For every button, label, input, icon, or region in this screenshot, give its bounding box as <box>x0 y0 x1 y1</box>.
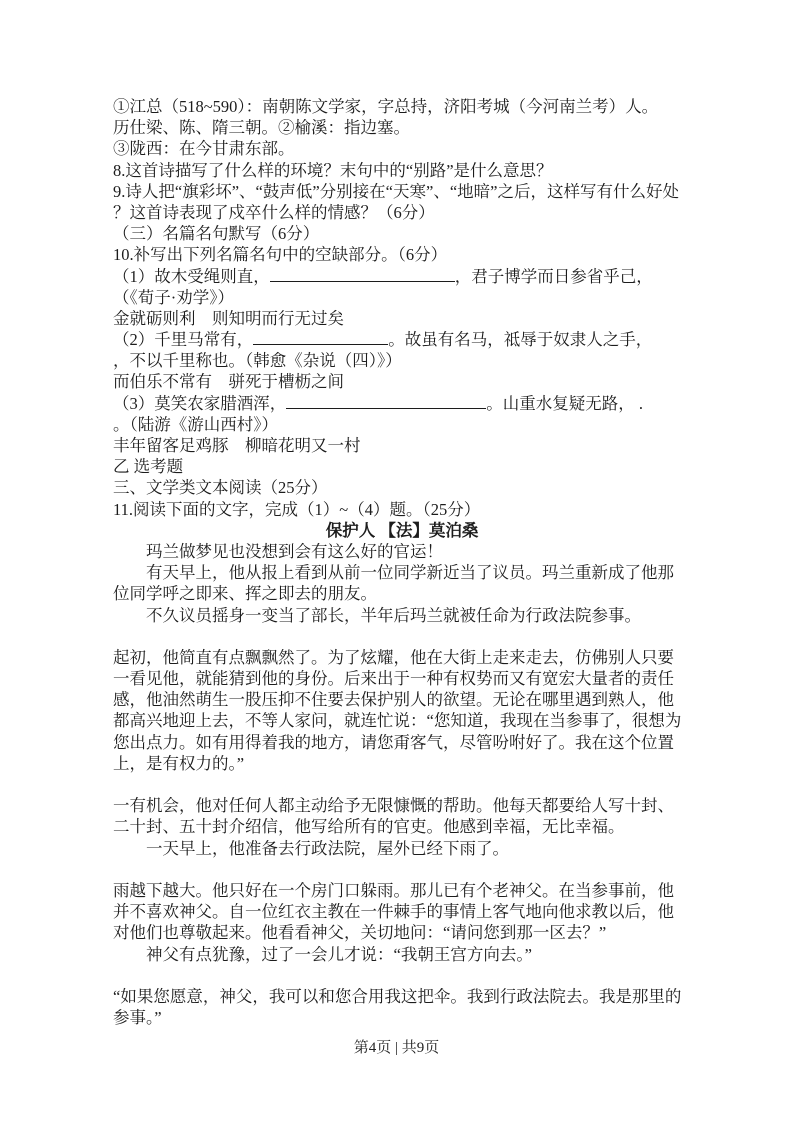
text-line: 9.诗人把“旗彩坏”、“鼓声低”分别接在“天寒”、“地暗”之后，这样写有什么好处 <box>113 181 691 202</box>
text-line: 位同学呼之即来、挥之即去的朋友。 <box>113 583 691 604</box>
text-line: 有天早上，他从报上看到从前一位同学新近当了议员。玛兰重新成了他那 <box>113 562 691 583</box>
text-line: 神父有点犹豫，过了一会儿才说：“我朝王宫方向去。” <box>113 944 691 965</box>
blank-line <box>113 626 691 647</box>
document-page: ①江总（518~590）：南朝陈文学家，字总持，济阳考城（今河南兰考）人。历仕梁… <box>0 0 793 1122</box>
text-line: 10.补写出下列名篇名句中的空缺部分。（6分） <box>113 244 691 265</box>
text-line: 您出点力。如有用得着我的地方，请您甭客气，尽管吩咐好了。我在这个位置 <box>113 732 691 753</box>
text-line: 一看见他，就能猜到他的身份。后来出于一种有权势而又有宽宏大量者的责任 <box>113 668 691 689</box>
text-line: ？这首诗表现了戍卒什么样的情感？（6分） <box>113 202 691 223</box>
text-run: 。故虽有名马，祗辱于奴隶人之手， <box>388 330 652 349</box>
text-line: 起初，他简直有点飘飘然了。为了炫耀，他在大街上走来走去，仿佛别人只要 <box>113 647 691 668</box>
text-line: 对他们也尊敬起来。他看看神父，关切地问：“请问您到那一区去？” <box>113 922 691 943</box>
answer-blank <box>253 330 388 345</box>
text-line: 一有机会，他对任何人都主动给予无限慷慨的帮助。他每天都要给人写十封、 <box>113 795 691 816</box>
text-run: 。山重水复疑无路， . <box>486 394 643 413</box>
text-line: “如果您愿意，神父，我可以和您合用我这把伞。我到行政法院去。我是那里的 <box>113 986 691 1007</box>
text-line: 并不喜欢神父。自一位红衣主教在一件棘手的事情上客气地向他求教以后，他 <box>113 901 691 922</box>
text-line: 二十封、五十封介绍信，他写给所有的官吏。他感到幸福，无比幸福。 <box>113 816 691 837</box>
text-line: （三）名篇名句默写（6分） <box>113 223 691 244</box>
text-line: 三、文学类文本阅读（25分） <box>113 477 691 498</box>
text-line: 8.这首诗描写了什么样的环境？末句中的“别路”是什么意思？ <box>113 160 691 181</box>
text-line: 玛兰做梦见也没想到会有这么好的官运！ <box>113 541 691 562</box>
page-footer: 第4页 | 共9页 <box>0 1036 793 1057</box>
answer-blank <box>270 267 455 282</box>
page-number-label: 第4页 | 共9页 <box>354 1040 440 1056</box>
text-line: （《荀子·劝学》） <box>113 287 691 308</box>
blank-line <box>113 774 691 795</box>
text-line: 上，是有权力的。” <box>113 753 691 774</box>
text-run: ，君子博学而日参省乎己， <box>455 267 653 286</box>
text-line: ，不以千里称也。（韩愈《杂说（四）》） <box>113 350 691 371</box>
answer-blank <box>286 394 486 409</box>
text-line: 都高兴地迎上去，不等人家问，就连忙说：“您知道，我现在当参事了，很想为 <box>113 710 691 731</box>
text-run: （3）莫笑农家腊酒浑， <box>113 394 286 413</box>
text-run: （2）千里马常有， <box>113 330 253 349</box>
text-line: 参事。” <box>113 1007 691 1028</box>
text-line: 不久议员摇身一变当了部长，半年后玛兰就被任命为行政法院参事。 <box>113 605 691 626</box>
document-body: ①江总（518~590）：南朝陈文学家，字总持，济阳考城（今河南兰考）人。历仕梁… <box>113 96 691 1028</box>
text-line: （2）千里马常有，。故虽有名马，祗辱于奴隶人之手， <box>113 329 691 350</box>
passage-title: 保护人 【法】莫泊桑 <box>113 520 691 541</box>
blank-line <box>113 859 691 880</box>
text-line: 感，他油然萌生一股压抑不住要去保护别人的欲望。无论在哪里遇到熟人，他 <box>113 689 691 710</box>
text-line: 一天早上，他准备去行政法院，屋外已经下雨了。 <box>113 838 691 859</box>
text-line: ①江总（518~590）：南朝陈文学家，字总持，济阳考城（今河南兰考）人。 <box>113 96 691 117</box>
text-line: 丰年留客足鸡豚 柳暗花明又一村 <box>113 435 691 456</box>
text-line: （1）故木受绳则直，，君子博学而日参省乎己， <box>113 266 691 287</box>
text-line: （3）莫笑农家腊酒浑，。山重水复疑无路， . <box>113 393 691 414</box>
text-line: 而伯乐不常有 骈死于槽枥之间 <box>113 371 691 392</box>
blank-line <box>113 965 691 986</box>
text-line: 。（陆游《游山西村》） <box>113 414 691 435</box>
text-line: 11.阅读下面的文字，完成（1）~（4）题。（25分） <box>113 499 691 520</box>
text-line: ③陇西：在今甘肃东部。 <box>113 138 691 159</box>
text-line: 乙 选考题 <box>113 456 691 477</box>
text-run: （1）故木受绳则直， <box>113 267 270 286</box>
text-line: 历仕梁、陈、隋三朝。②榆溪：指边塞。 <box>113 117 691 138</box>
text-line: 金就砺则利 则知明而行无过矣 <box>113 308 691 329</box>
text-line: 雨越下越大。他只好在一个房门口躲雨。那儿已有个老神父。在当参事前，他 <box>113 880 691 901</box>
